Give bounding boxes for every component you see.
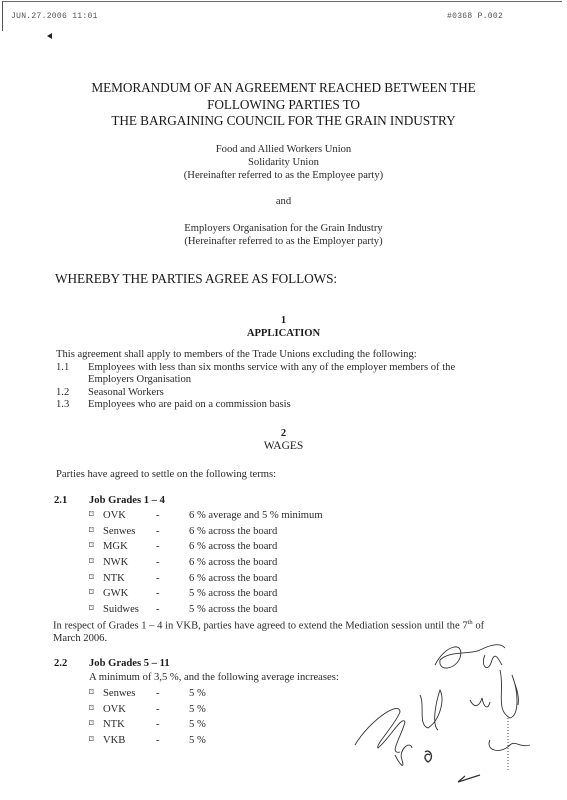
subsection-number: 2.2 — [54, 658, 67, 669]
section-number: 2 — [0, 427, 567, 440]
bullet-icon: ⌑ — [89, 541, 94, 551]
bullet-icon: ⌑ — [89, 604, 94, 614]
exclusion-text: Employees with less than six months serv… — [88, 362, 488, 387]
application-intro: This agreement shall apply to members of… — [56, 349, 417, 361]
title-line: MEMORANDUM OF AN AGREEMENT REACHED BETWE… — [0, 80, 567, 97]
employer-party: Employers Organisation for the Grain Ind… — [0, 222, 567, 248]
company-name: NTK — [103, 573, 125, 584]
minimum-increase-note: A minimum of 3,5 %, and the following av… — [89, 672, 339, 683]
exclusion-item: 1.2 Seasonal Workers — [56, 387, 488, 399]
page-edge-left — [2, 1, 3, 31]
bullet-icon: ⌑ — [89, 557, 94, 567]
parties-conjunction: and — [0, 195, 567, 208]
increase-value: 5 % — [189, 704, 206, 715]
company-name: OVK — [103, 510, 126, 521]
increase-value: 6 % across the board — [189, 557, 277, 568]
party-line: Employers Organisation for the Grain Ind… — [0, 222, 567, 235]
section-title: APPLICATION — [0, 327, 567, 340]
title-line: FOLLOWING PARTIES TO — [0, 97, 567, 114]
increase-value: 5 % across the board — [189, 588, 277, 599]
employee-party: Food and Allied Workers Union Solidarity… — [0, 143, 567, 182]
company-name: NWK — [103, 557, 128, 568]
company-name: Senwes — [103, 688, 135, 699]
separator-dash: - — [156, 541, 160, 552]
separator-dash: - — [156, 573, 160, 584]
bullet-icon: ⌑ — [89, 704, 94, 714]
subsection-heading: Job Grades 5 – 11 — [89, 658, 170, 669]
company-name: VKB — [103, 735, 125, 746]
signatures — [340, 630, 567, 800]
exclusion-item: 1.1 Employees with less than six months … — [56, 362, 488, 387]
separator-dash: - — [156, 719, 160, 730]
separator-dash: - — [156, 557, 160, 568]
exclusion-item: 1.3 Employees who are paid on a commissi… — [56, 399, 488, 411]
increase-value: 6 % average and 5 % minimum — [189, 510, 323, 521]
party-line: Solidarity Union — [0, 156, 567, 169]
section-number: 1 — [0, 314, 567, 327]
increase-value: 5 % — [189, 719, 206, 730]
separator-dash: - — [156, 604, 160, 615]
increase-value: 6 % across the board — [189, 541, 277, 552]
company-name: OVK — [103, 704, 126, 715]
separator-dash: - — [156, 735, 160, 746]
party-line: (Hereinafter referred to as the Employee… — [0, 169, 567, 182]
increase-value: 5 % across the board — [189, 604, 277, 615]
bullet-icon: ⌑ — [89, 573, 94, 583]
section-1-heading: 1 APPLICATION — [0, 314, 567, 340]
party-line: (Hereinafter referred to as the Employer… — [0, 235, 567, 248]
company-name: Suidwes — [103, 604, 139, 615]
company-name: GWK — [103, 588, 128, 599]
increase-value: 6 % across the board — [189, 526, 277, 537]
separator-dash: - — [156, 704, 160, 715]
increase-value: 5 % — [189, 688, 206, 699]
bullet-icon: ⌑ — [89, 719, 94, 729]
exclusion-number: 1.3 — [56, 399, 88, 411]
section-title: WAGES — [0, 440, 567, 453]
wages-intro: Parties have agreed to settle on the fol… — [56, 469, 276, 481]
whereby-heading: WHEREBY THE PARTIES AGREE AS FOLLOWS: — [55, 271, 337, 287]
company-name: Senwes — [103, 526, 135, 537]
page-edge-top — [2, 1, 562, 2]
exclusion-text: Seasonal Workers — [88, 387, 488, 399]
bullet-icon: ⌑ — [89, 526, 94, 536]
separator-dash: - — [156, 526, 160, 537]
separator-dash: - — [156, 510, 160, 521]
exclusion-number: 1.2 — [56, 387, 88, 399]
separator-dash: - — [156, 688, 160, 699]
bullet-icon: ⌑ — [89, 735, 94, 745]
separator-dash: - — [156, 588, 160, 599]
title-line: THE BARGAINING COUNCIL FOR THE GRAIN IND… — [0, 113, 567, 130]
fax-timestamp: JUN.27.2006 11:01 — [11, 12, 98, 21]
bullet-icon: ⌑ — [89, 510, 94, 520]
document-title: MEMORANDUM OF AN AGREEMENT REACHED BETWE… — [0, 80, 567, 130]
increase-value: 6 % across the board — [189, 573, 277, 584]
increase-value: 5 % — [189, 735, 206, 746]
exclusions-list: 1.1 Employees with less than six months … — [56, 362, 488, 412]
fax-page-ref: #0368 P.002 — [447, 12, 503, 21]
bullet-icon: ⌑ — [89, 588, 94, 598]
scan-mark — [47, 33, 52, 39]
company-name: MGK — [103, 541, 128, 552]
subsection-heading: Job Grades 1 – 4 — [89, 495, 165, 506]
bullet-icon: ⌑ — [89, 688, 94, 698]
exclusion-text: Employees who are paid on a commission b… — [88, 399, 488, 411]
company-name: NTK — [103, 719, 125, 730]
section-2-heading: 2 WAGES — [0, 427, 567, 453]
party-line: Food and Allied Workers Union — [0, 143, 567, 156]
subsection-number: 2.1 — [54, 495, 67, 506]
exclusion-number: 1.1 — [56, 362, 88, 387]
